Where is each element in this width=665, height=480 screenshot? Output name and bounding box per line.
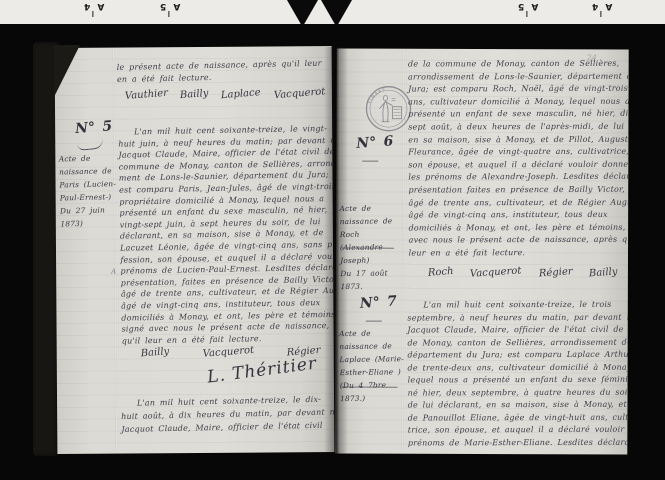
handwritten-line: trice, son épouse, et auquel il a déclar… — [408, 424, 626, 437]
margin-annotation: Acte de naissance deParis (Lucien-Paul-E… — [59, 151, 127, 231]
act-number: N° 5 — [75, 118, 113, 137]
previous-act-ending: le présent acte de naissance, après qu'i… — [117, 58, 322, 86]
handwritten-line: ans, cultivateur domicilié à Monay, lequ… — [408, 96, 624, 109]
film-mark-label: A 4 — [82, 1, 104, 11]
handwritten-line: Esther-Eliane ) — [340, 365, 406, 379]
film-mark-label: A 5 — [158, 1, 180, 11]
ruler-tick-icon — [93, 11, 94, 17]
act-body: L'an mil huit cent soixante-treize, le t… — [407, 299, 626, 450]
signature-flourish: L. Théritier — [206, 354, 318, 388]
handwritten-line: présenté un enfant de sexe masculin, né … — [408, 108, 624, 121]
act-body: L'an mil huit cent soixante-treize, le v… — [118, 123, 332, 347]
handwritten-line: les prénoms de Alexandre-Joseph. Lesdite… — [408, 171, 624, 184]
handwritten-line: Du 17 août 1873. — [340, 266, 406, 293]
handwritten-line: Acte de naissance de — [339, 201, 405, 228]
signature: Vacquerot — [202, 345, 254, 360]
handwritten-line: sept août, à deux heures de l'après-midi… — [408, 121, 624, 134]
registration-triangle-icon — [287, 0, 318, 27]
underline-rule — [342, 248, 394, 249]
handwritten-line: lequel nous a présenté un enfant du sexe… — [408, 374, 626, 387]
previous-act-signatures: VauthierBaillyLaplaceVacquerot — [125, 88, 325, 100]
handwritten-line: de la commune de Monay, canton de Selliè… — [408, 58, 624, 71]
ruler-tick-icon — [601, 11, 602, 17]
ruler-tick-icon — [527, 11, 528, 17]
film-calibration-strip: A 4 A 5 A 5 A 4 — [0, 0, 665, 24]
handwritten-line: en sa maison, sise à Monay, et de Pillot… — [408, 133, 624, 146]
handwritten-line: de trente-deux ans, cultivateur domicili… — [408, 361, 626, 374]
handwritten-line: domiciliés à Monay, et ont, les père et … — [409, 221, 625, 234]
handwritten-line: avec nous le présent acte de naissance, … — [409, 234, 625, 247]
handwritten-line: Jura; est comparu Roch, Noël, âgé de vin… — [408, 83, 624, 96]
signature: Vauthier — [125, 88, 169, 102]
film-size-mark: A 5 — [158, 1, 180, 17]
handwritten-line: Du 27 juin 1873) — [60, 203, 127, 231]
revenue-stamp-icon: TIMBRE — [364, 85, 412, 133]
handwritten-line: septembre, à neuf heures du matin, par d… — [407, 311, 625, 324]
handwritten-line: Acte de naissance de — [59, 151, 126, 179]
handwritten-line: Acte de naissance de — [339, 326, 405, 353]
page-crease — [113, 48, 118, 454]
right-page: 24 TIMBRE N° 6 Acte de naissance deRoch … — [335, 48, 628, 454]
signature: Bailly — [180, 88, 209, 101]
handwritten-line: prénoms de Marie-Esther-Eliane. Lesdites… — [408, 436, 626, 449]
next-act-opening: L'an mil huit cent soixante-treize, le d… — [121, 393, 334, 436]
handwritten-line: son épouse, et auquel il a déclaré voulo… — [408, 158, 624, 171]
signature: Vacquerot — [470, 265, 522, 279]
handwritten-line: présentation faites en présence de Baill… — [408, 184, 624, 197]
act-signatures: RochVacquerotRégierBailly — [428, 267, 618, 279]
handwritten-line: (Du 4 7bre 1873.) — [340, 378, 406, 405]
handwritten-line: Fleurance, âgée de vingt-quatre ans, cul… — [408, 146, 624, 159]
signature: Vacquerot — [273, 86, 325, 101]
ruler-tick-icon — [169, 11, 170, 17]
handwritten-line: arrondissement de Lons-le-Saunier, dépar… — [408, 70, 624, 83]
handwritten-line: de lui déclarant, en sa maison, sise à M… — [408, 399, 626, 412]
stray-mark: A — [111, 268, 116, 276]
book-gutter-shadow — [324, 47, 348, 454]
handwritten-line: L'an mil huit cent soixante-treize, le t… — [407, 299, 625, 312]
microfilm-scan: A 4 A 5 A 5 A 4 le présent acte de naiss… — [0, 0, 665, 480]
paraph-flourish-icon — [77, 139, 104, 151]
handwritten-line: âgé de vingt-cinq ans, instituteur, tous… — [409, 209, 625, 222]
handwritten-line: âgé de trente ans, cultivateur, et de Ré… — [408, 196, 624, 209]
handwritten-line: leur en a été fait lecture. — [409, 247, 625, 260]
left-page: le présent acte de naissance, après qu'i… — [55, 46, 335, 454]
act-body: de la commune de Monay, canton de Selliè… — [408, 58, 625, 260]
underline-rule — [366, 321, 382, 322]
signature: Roch — [428, 266, 454, 279]
act-number: N° 7 — [359, 293, 397, 311]
film-size-mark: A 5 — [516, 1, 538, 17]
margin-annotation: Acte de naissance deLaplace (Marie-Esthe… — [339, 326, 406, 405]
handwritten-line: né hier, deux septembre, à quatre heures… — [408, 386, 626, 399]
handwritten-line: département du Jura; est comparu Laplace… — [407, 349, 625, 362]
signature: Laplace — [221, 87, 261, 101]
signature: Bailly — [140, 346, 169, 359]
underline-rule — [362, 161, 378, 162]
underline-rule — [342, 387, 398, 388]
handwritten-line: Jacquot Claude, Maire, officier de l'éta… — [407, 324, 625, 337]
handwritten-line: de Monay, canton de Sellières, arrondiss… — [407, 336, 625, 349]
handwritten-line: de Panouillot Eliane, âgée de vingt-huit… — [408, 411, 626, 424]
signature: Régier — [538, 266, 572, 279]
handwritten-line: Laplace (Marie- — [339, 352, 405, 366]
signature: Bailly — [589, 266, 618, 279]
handwritten-line: Paris (Lucien- — [59, 177, 125, 192]
film-size-mark: A 4 — [82, 1, 104, 17]
film-size-mark: A 4 — [590, 1, 612, 17]
registration-triangle-icon — [321, 0, 352, 27]
film-mark-label: A 4 — [590, 1, 612, 11]
act-number: N° 6 — [356, 133, 394, 151]
film-mark-label: A 5 — [516, 1, 538, 11]
